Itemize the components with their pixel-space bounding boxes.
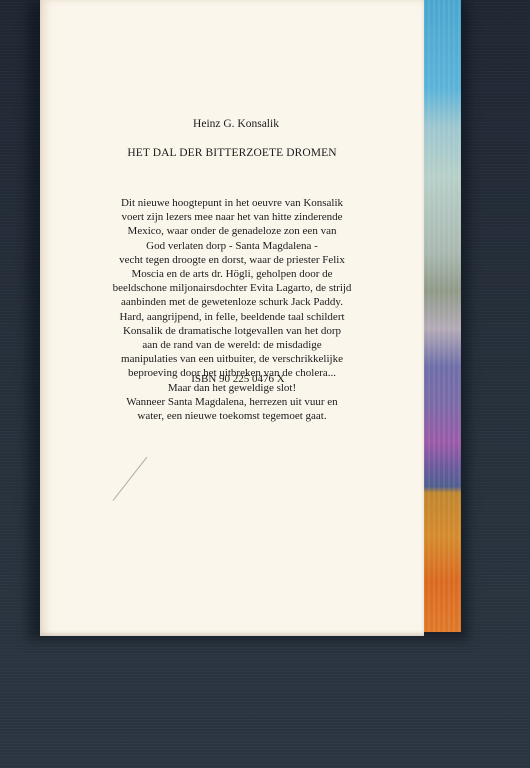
- book-title: HET DAL DER BITTERZOETE DROMEN: [40, 147, 424, 159]
- book-back-cover: Heinz G. Konsalik HET DAL DER BITTERZOET…: [40, 0, 424, 636]
- book-spine-painting: [423, 0, 461, 632]
- blurb-line: Dit nieuwe hoogtepunt in het oeuvre van …: [40, 196, 424, 210]
- blurb-line: manipulaties van een uitbuiter, de versc…: [40, 352, 424, 366]
- blurb-line: Konsalik de dramatische lotgevallen van …: [40, 324, 424, 338]
- author-name: Heinz G. Konsalik: [44, 118, 428, 130]
- blurb-line: aan de rand van de wereld: de misdadige: [40, 338, 424, 352]
- blurb-line: water, een nieuwe toekomst tegemoet gaat…: [40, 409, 424, 423]
- blurb-line: voert zijn lezers mee naar het van hitte…: [40, 210, 424, 224]
- blurb-line: Mexico, waar onder de genadeloze zon een…: [40, 224, 424, 238]
- blurb-line: vecht tegen droogte en dorst, waar de pr…: [40, 253, 424, 267]
- isbn: ISBN 90 225 0476 X: [46, 373, 430, 385]
- blurb-line: Moscia en de arts dr. Högli, geholpen do…: [40, 267, 424, 281]
- blurb: Dit nieuwe hoogtepunt in het oeuvre van …: [40, 196, 424, 423]
- blurb-line: beeldschone miljonairsdochter Evita Laga…: [40, 281, 424, 295]
- blurb-line: aanbinden met de gewetenloze schurk Jack…: [40, 295, 424, 309]
- blurb-line: God verlaten dorp - Santa Magdalena -: [40, 239, 424, 253]
- blurb-line: Hard, aangrijpend, in felle, beeldende t…: [40, 310, 424, 324]
- blurb-line: Wanneer Santa Magdalena, herrezen uit vu…: [40, 395, 424, 409]
